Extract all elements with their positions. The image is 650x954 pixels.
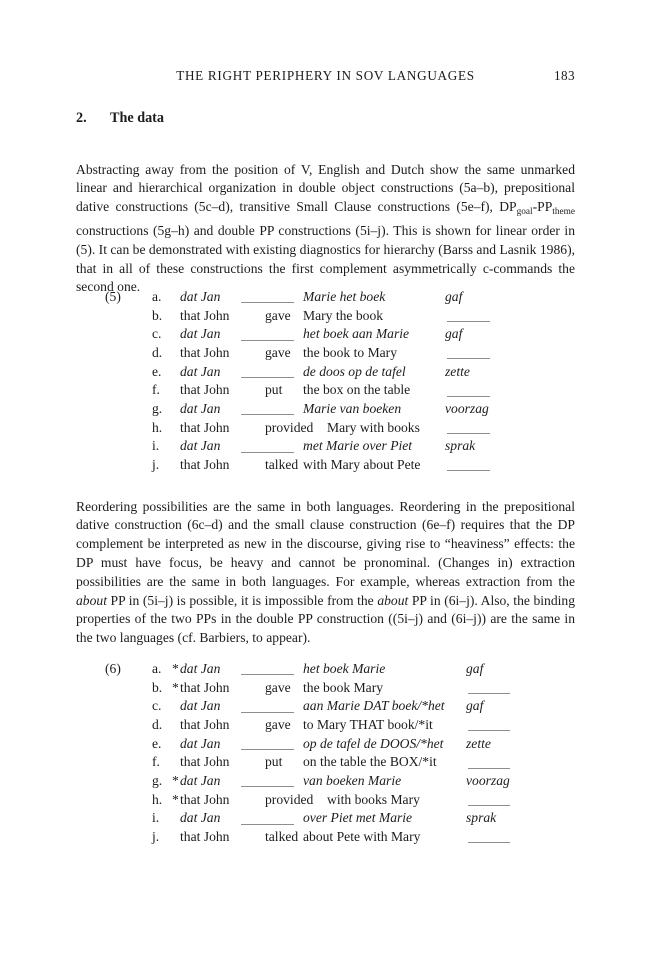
clause-middle: to Mary THAT book/*it (303, 716, 433, 735)
clause-subject: dat Jan (172, 288, 220, 307)
clause-middle: de doos op de tafel (303, 363, 406, 382)
item-letter: b. (152, 307, 162, 326)
example-row-5c: c. dat Jan het boek aan Marie gaf (76, 325, 636, 344)
item-letter: g. (152, 400, 162, 419)
blank-line (447, 433, 490, 434)
clause-verb: talked (265, 456, 298, 475)
example-6: (6) a. *dat Jan het boek Marie gaf b. *t… (76, 660, 636, 847)
clause-subject: that John (172, 307, 229, 326)
subject-text: that John (180, 829, 229, 844)
clause-verb: gave (265, 344, 291, 363)
clause-subject: that John (172, 753, 229, 772)
body-paragraph-2: Reordering possibilities are the same in… (76, 498, 575, 648)
section-title: The data (110, 110, 164, 126)
clause-middle: Marie het boek (303, 288, 385, 307)
subject-text: dat Jan (180, 773, 220, 788)
clause-middle: van boeken Marie (303, 772, 401, 791)
text-segment: PP in (5i–j) is possible, it is impossib… (107, 593, 377, 608)
clause-subject: *that John (172, 791, 229, 810)
blank-line (241, 340, 294, 341)
subject-text: that John (180, 680, 229, 695)
text-segment: about (76, 593, 107, 608)
blank-line (468, 842, 510, 843)
blank-line (241, 712, 294, 713)
blank-line (241, 414, 294, 415)
running-head-title: THE RIGHT PERIPHERY IN SOV LANGUAGES (76, 68, 575, 84)
clause-subject: dat Jan (172, 809, 220, 828)
clause-middle: with Mary about Pete (303, 456, 420, 475)
example-row-5d: d. that John gave the book to Mary (76, 344, 636, 363)
clause-middle: over Piet met Marie (303, 809, 412, 828)
clause-verb: gave (265, 307, 291, 326)
clause-subject: dat Jan (172, 325, 220, 344)
final-verb: gaf (466, 660, 483, 679)
final-verb: sprak (466, 809, 496, 828)
item-letter: h. (152, 419, 162, 438)
clause-middle: met Marie over Piet (303, 437, 412, 456)
clause-subject: that John (172, 456, 229, 475)
subject-text: that John (180, 382, 229, 397)
subject-text: dat Jan (180, 810, 220, 825)
example-row-6b: b. *that John gave the book Mary (76, 679, 636, 698)
subject-text: that John (180, 717, 229, 732)
clause-subject: *that John (172, 679, 229, 698)
blank-line (447, 470, 490, 471)
final-verb: gaf (445, 325, 462, 344)
final-verb: zette (466, 735, 491, 754)
grammaticality-marker: * (172, 660, 180, 679)
clause-middle: Mary the book (303, 307, 383, 326)
blank-line (447, 358, 490, 359)
clause-subject: *dat Jan (172, 660, 220, 679)
clause-subject: that John (172, 381, 229, 400)
example-row-5a: (5) a. dat Jan Marie het boek gaf (76, 288, 636, 307)
clause-subject: that John (172, 828, 229, 847)
example-row-6j: j. that John talked about Pete with Mary (76, 828, 636, 847)
grammaticality-marker: * (172, 679, 180, 698)
subject-text: dat Jan (180, 401, 220, 416)
subject-text: dat Jan (180, 364, 220, 379)
subject-text: dat Jan (180, 326, 220, 341)
clause-middle: op de tafel de DOOS/*het (303, 735, 443, 754)
example-row-5f: f. that John put the box on the table (76, 381, 636, 400)
blank-line (241, 824, 294, 825)
clause-subject: that John (172, 344, 229, 363)
example-row-6e: e. dat Jan op de tafel de DOOS/*het zett… (76, 735, 636, 754)
blank-line (241, 302, 294, 303)
clause-middle: aan Marie DAT boek/*het (303, 697, 445, 716)
blank-line (241, 674, 294, 675)
clause-middle: the book to Mary (303, 344, 397, 363)
book-page: THE RIGHT PERIPHERY IN SOV LANGUAGES 183… (0, 0, 650, 954)
final-verb: zette (445, 363, 470, 382)
clause-subject: dat Jan (172, 735, 220, 754)
text-segment: about (377, 593, 408, 608)
clause-subject: dat Jan (172, 437, 220, 456)
clause-middle: the box on the table (303, 381, 410, 400)
text-segment: constructions (5g–h) and double PP const… (76, 223, 575, 294)
example-row-5j: j. that John talked with Mary about Pete (76, 456, 636, 475)
item-letter: h. (152, 791, 162, 810)
clause-subject: that John (172, 419, 229, 438)
final-verb: voorzag (466, 772, 510, 791)
clause-middle: with books Mary (327, 791, 420, 810)
final-verb: voorzag (445, 400, 489, 419)
section-heading: 2.The data (76, 110, 164, 127)
section-number: 2. (76, 110, 110, 127)
clause-middle: Marie van boeken (303, 400, 401, 419)
item-letter: j. (152, 456, 159, 475)
clause-subject: dat Jan (172, 400, 220, 419)
item-letter: d. (152, 344, 162, 363)
final-verb: gaf (466, 697, 483, 716)
clause-subject: *dat Jan (172, 772, 220, 791)
grammaticality-marker: * (172, 791, 180, 810)
example-row-5h: h. that John provided Mary with books (76, 419, 636, 438)
item-letter: g. (152, 772, 162, 791)
clause-subject: dat Jan (172, 363, 220, 382)
clause-verb: talked (265, 828, 298, 847)
clause-middle: on the table the BOX/*it (303, 753, 437, 772)
item-letter: e. (152, 363, 161, 382)
item-letter: f. (152, 753, 160, 772)
blank-line (241, 786, 294, 787)
example-row-6i: i. dat Jan over Piet met Marie sprak (76, 809, 636, 828)
clause-verb: gave (265, 679, 291, 698)
text-segment: Abstracting away from the position of V,… (76, 162, 575, 215)
clause-subject: that John (172, 716, 229, 735)
example-row-6d: d. that John gave to Mary THAT book/*it (76, 716, 636, 735)
subject-text: that John (180, 792, 229, 807)
subject-text: dat Jan (180, 698, 220, 713)
blank-line (241, 452, 294, 453)
clause-verb: gave (265, 716, 291, 735)
blank-line (241, 377, 294, 378)
example-row-6f: f. that John put on the table the BOX/*i… (76, 753, 636, 772)
subject-text: that John (180, 754, 229, 769)
clause-middle: het boek aan Marie (303, 325, 409, 344)
final-verb: gaf (445, 288, 462, 307)
body-paragraph-1: Abstracting away from the position of V,… (76, 161, 575, 298)
example-row-5b: b. that John gave Mary the book (76, 307, 636, 326)
example-row-5e: e. dat Jan de doos op de tafel zette (76, 363, 636, 382)
example-row-5g: g. dat Jan Marie van boeken voorzag (76, 400, 636, 419)
text-segment: Reordering possibilities are the same in… (76, 499, 575, 589)
example-row-6a: (6) a. *dat Jan het boek Marie gaf (76, 660, 636, 679)
subject-text: dat Jan (180, 736, 220, 751)
example-row-6h: h. *that John provided with books Mary (76, 791, 636, 810)
subject-text: that John (180, 420, 229, 435)
clause-middle: het boek Marie (303, 660, 385, 679)
blank-line (447, 396, 490, 397)
subject-text: that John (180, 457, 229, 472)
blank-line (468, 768, 510, 769)
blank-line (447, 321, 490, 322)
example-row-6g: g. *dat Jan van boeken Marie voorzag (76, 772, 636, 791)
subject-text: that John (180, 308, 229, 323)
subject-text: dat Jan (180, 661, 220, 676)
item-letter: a. (152, 660, 161, 679)
item-letter: c. (152, 697, 161, 716)
subject-text: dat Jan (180, 289, 220, 304)
blank-line (241, 749, 294, 750)
item-letter: j. (152, 828, 159, 847)
example-number: (5) (105, 288, 121, 307)
item-letter: f. (152, 381, 160, 400)
clause-subject: dat Jan (172, 697, 220, 716)
item-letter: e. (152, 735, 161, 754)
item-letter: b. (152, 679, 162, 698)
item-letter: i. (152, 809, 159, 828)
clause-verb: provided (265, 419, 313, 438)
subject-text: dat Jan (180, 438, 220, 453)
blank-line (468, 730, 510, 731)
text-segment: theme (552, 207, 575, 217)
running-head: THE RIGHT PERIPHERY IN SOV LANGUAGES 183 (76, 68, 575, 84)
grammaticality-marker: * (172, 772, 180, 791)
subject-text: that John (180, 345, 229, 360)
text-segment: goal (517, 207, 533, 217)
item-letter: i. (152, 437, 159, 456)
clause-verb: provided (265, 791, 313, 810)
text-segment: -PP (533, 199, 553, 214)
clause-verb: put (265, 753, 282, 772)
clause-middle: Mary with books (327, 419, 420, 438)
item-letter: a. (152, 288, 161, 307)
item-letter: d. (152, 716, 162, 735)
example-5: (5) a. dat Jan Marie het boek gaf b. tha… (76, 288, 636, 475)
blank-line (468, 805, 510, 806)
page-number: 183 (554, 68, 575, 84)
item-letter: c. (152, 325, 161, 344)
example-row-6c: c. dat Jan aan Marie DAT boek/*het gaf (76, 697, 636, 716)
blank-line (468, 693, 510, 694)
final-verb: sprak (445, 437, 475, 456)
clause-middle: the book Mary (303, 679, 383, 698)
example-number: (6) (105, 660, 121, 679)
clause-verb: put (265, 381, 282, 400)
clause-middle: about Pete with Mary (303, 828, 420, 847)
example-row-5i: i. dat Jan met Marie over Piet sprak (76, 437, 636, 456)
